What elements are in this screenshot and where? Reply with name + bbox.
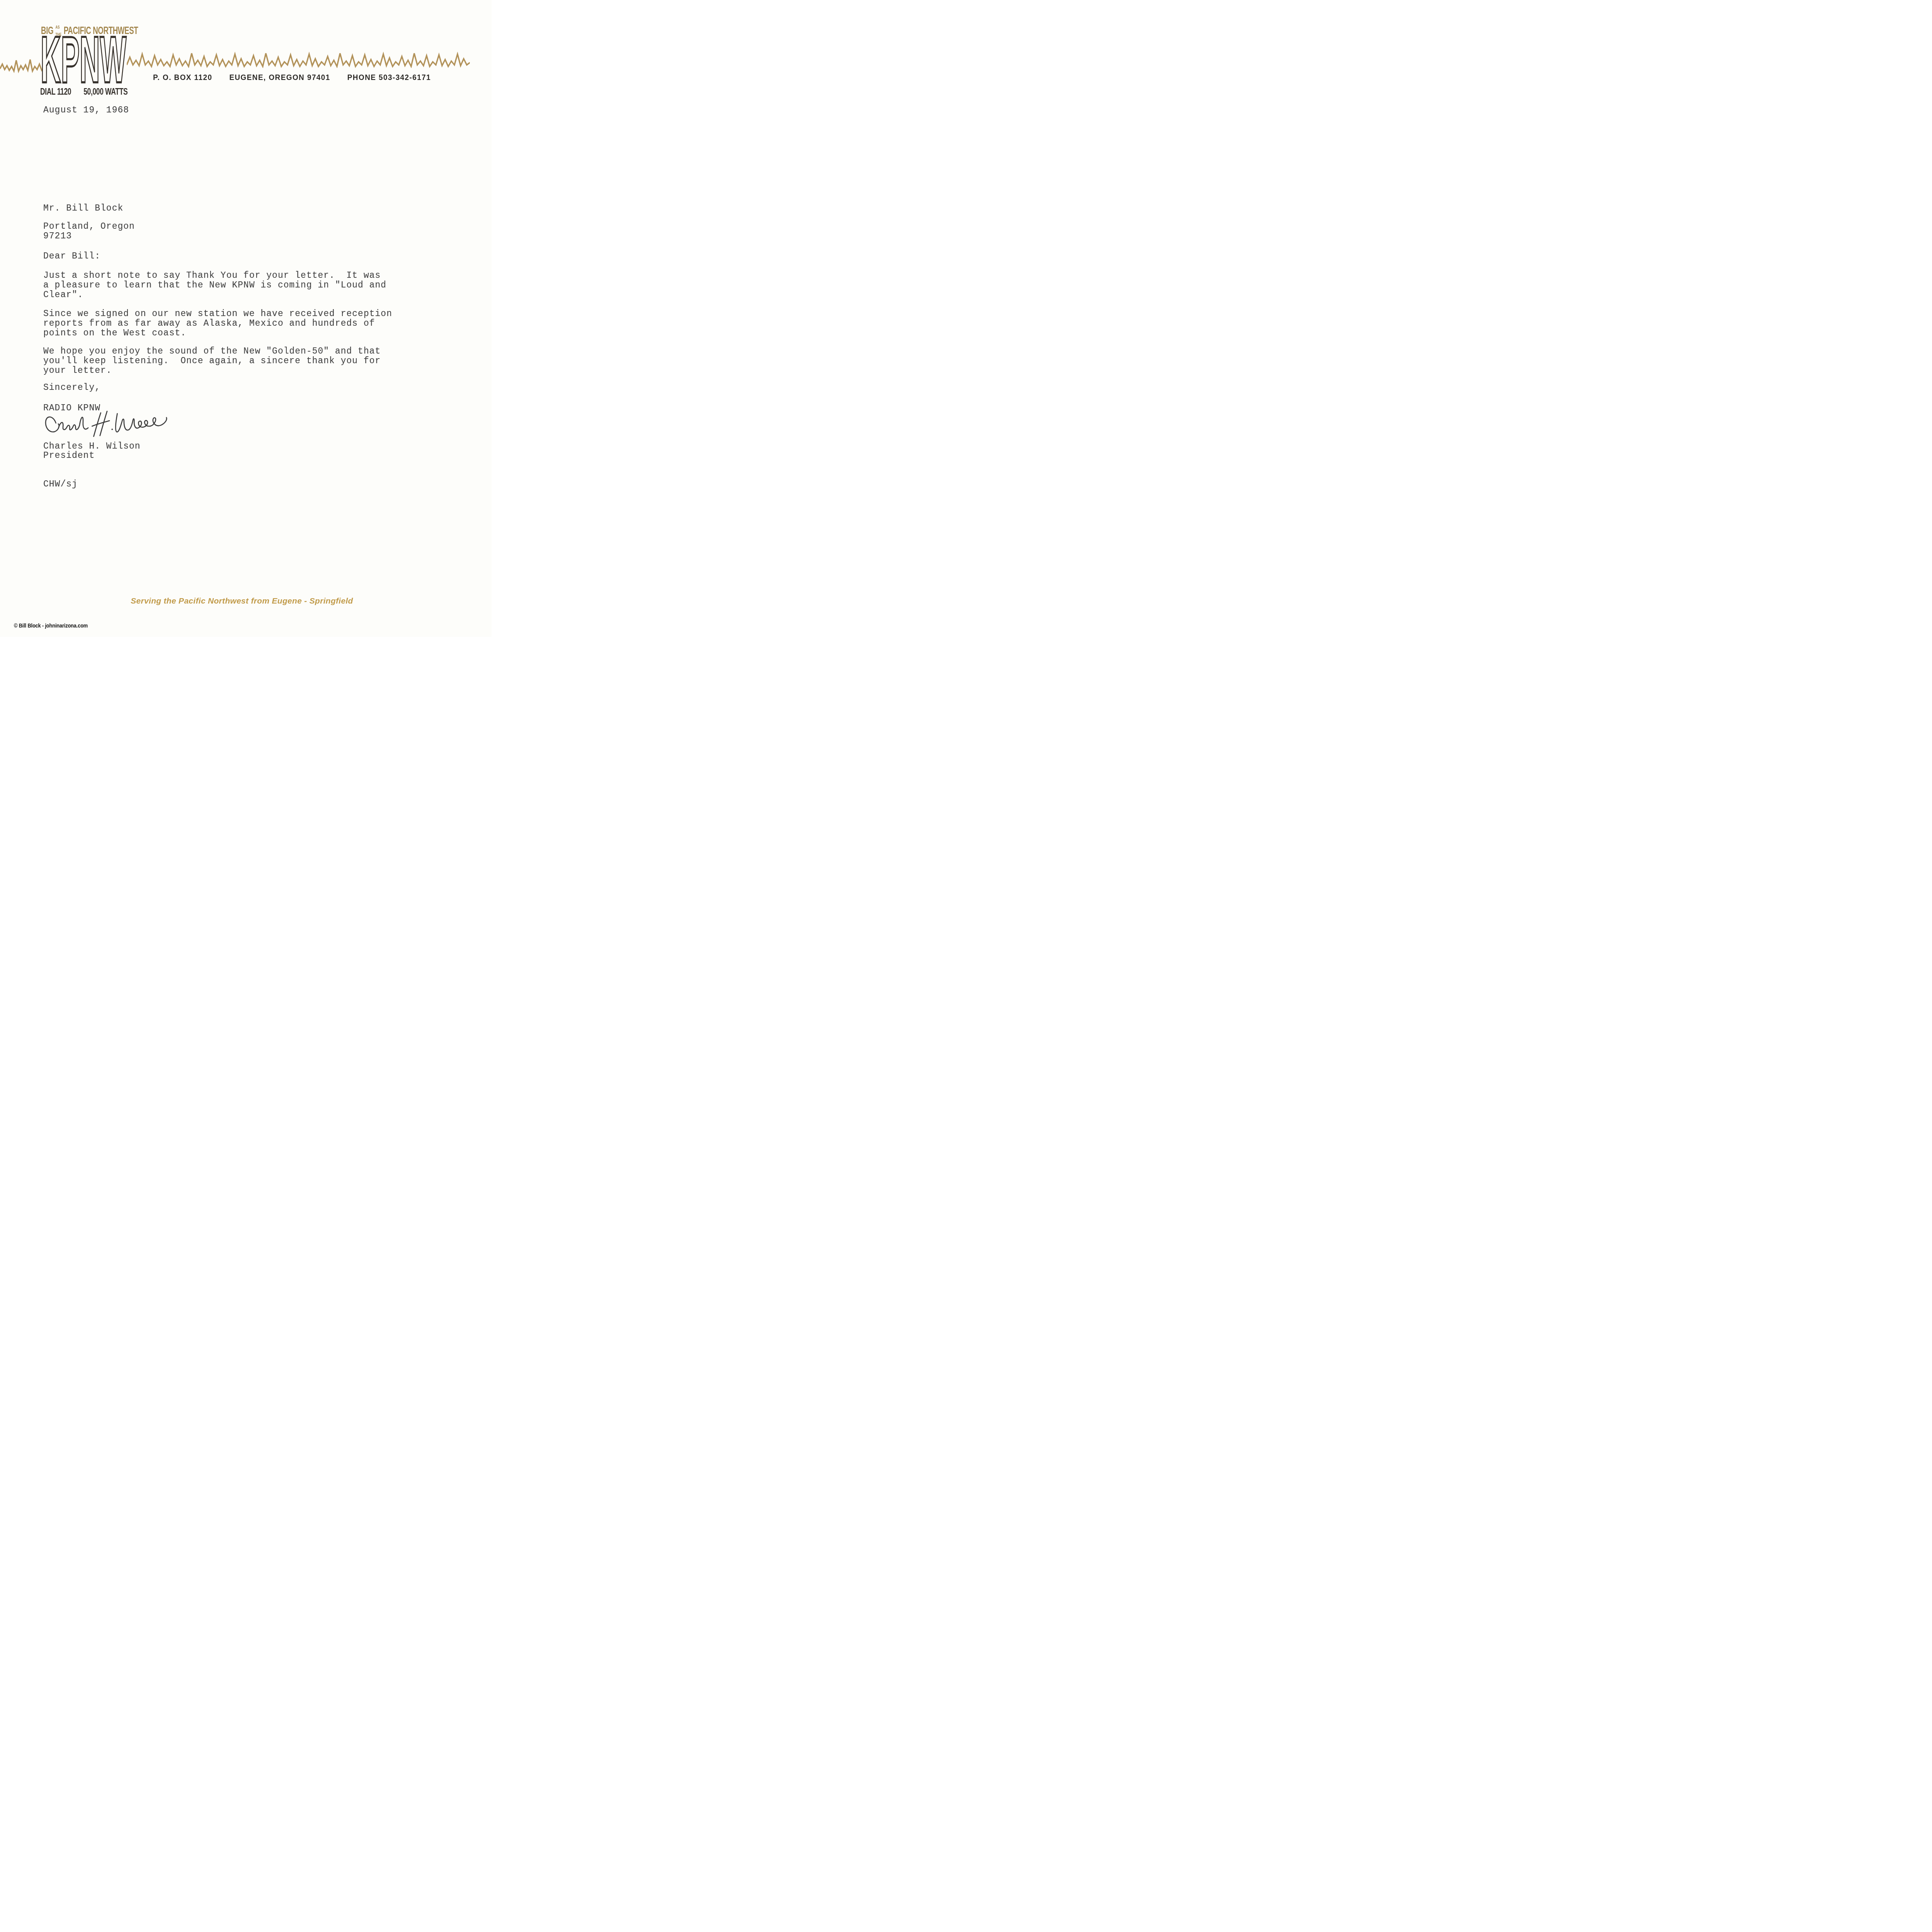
reference-initials: CHW/sj (43, 480, 78, 489)
zigzag-wave-left-icon (0, 57, 46, 73)
body-line: points on the West coast. (43, 328, 392, 338)
signature-stroke-h (92, 411, 109, 436)
phone-text: PHONE 503-342-6171 (347, 73, 431, 83)
recipient-name: Mr. Bill Block (43, 204, 123, 213)
body-line: Since we signed on our new station we ha… (43, 309, 392, 319)
body-line: Just a short note to say Thank You for y… (43, 271, 386, 281)
signed-name: Charles H. Wilson (43, 442, 141, 451)
dial-label: DIAL 1120 (40, 87, 71, 97)
body-line: reports from as far away as Alaska, Mexi… (43, 319, 392, 328)
signature-stroke-charles (46, 417, 88, 432)
body-line: you'll keep listening. Once again, a sin… (43, 356, 381, 366)
paragraph-1: Just a short note to say Thank You for y… (43, 271, 386, 300)
date-line: August 19, 1968 (43, 105, 129, 115)
tagline-as: AS (56, 26, 62, 30)
zigzag-wave-right-icon (127, 52, 470, 68)
city-state-zip-text: EUGENE, OREGON 97401 (229, 73, 330, 83)
paragraph-3: We hope you enjoy the sound of the New "… (43, 347, 381, 376)
signature-dot (111, 429, 113, 430)
signature-handwriting (41, 408, 171, 444)
salutation: Dear Bill: (43, 252, 100, 261)
kpnw-logo-text: KPNW (41, 36, 126, 87)
closing-line: Sincerely, (43, 383, 100, 393)
po-box-text: P. O. BOX 1120 (153, 73, 212, 83)
body-line: your letter. (43, 366, 381, 376)
signature-stroke-wilson (116, 413, 167, 432)
recipient-city: Portland, Oregon (43, 222, 135, 231)
credit-line: © Bill Block - johninarizona.com (14, 622, 88, 629)
kpnw-logo: KPNW (40, 36, 128, 87)
body-line: a pleasure to learn that the New KPNW is… (43, 281, 386, 290)
letter-scan: BIG AS THE PACIFIC NORTHWEST KPNW DIAL 1… (0, 0, 492, 637)
paragraph-2: Since we signed on our new station we ha… (43, 309, 392, 338)
dial-watts-row: DIAL 1120 50,000 WATTS (40, 87, 128, 97)
letterhead-address-row: P. O. BOX 1120 EUGENE, OREGON 97401 PHON… (153, 73, 431, 83)
watts-label: 50,000 WATTS (83, 87, 128, 97)
footer-slogan: Serving the Pacific Northwest from Eugen… (0, 597, 488, 606)
body-line: We hope you enjoy the sound of the New "… (43, 347, 381, 356)
signed-title: President (43, 451, 95, 461)
body-line: Clear". (43, 290, 386, 300)
recipient-zip: 97213 (43, 231, 72, 241)
